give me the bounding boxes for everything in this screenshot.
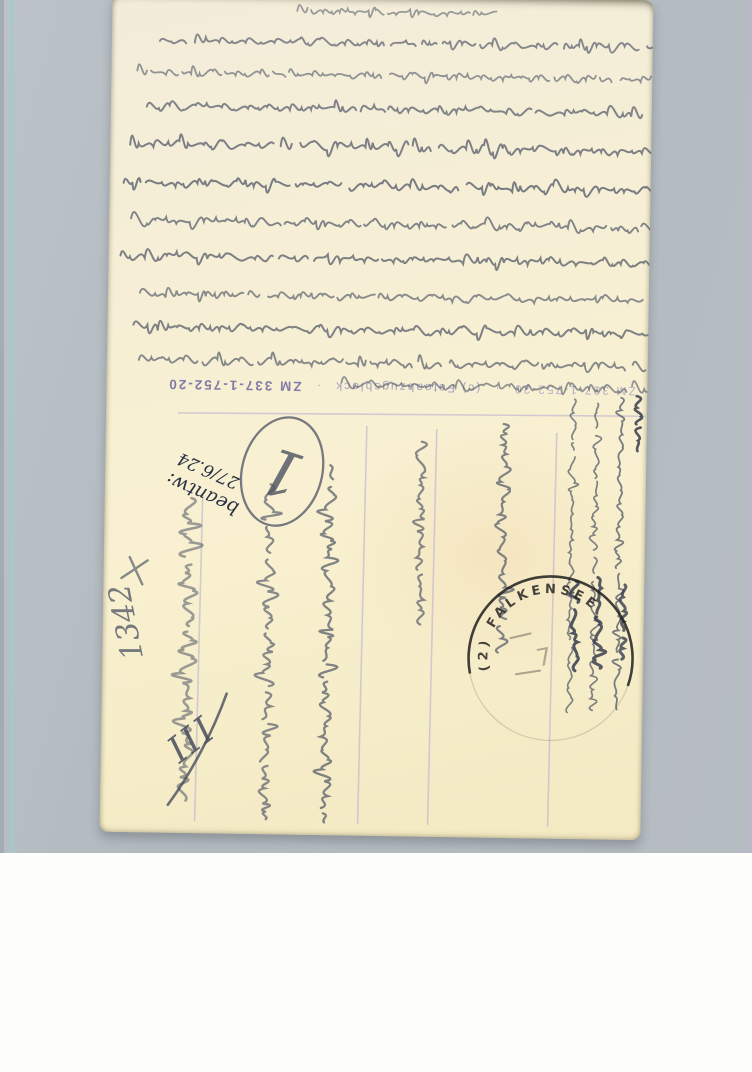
- scan-white-strip: [0, 853, 752, 1072]
- postcard: ZM 337-1-752-20 · (c) Fotoabzugsblock · …: [99, 0, 653, 840]
- svg-text:III: III: [159, 709, 223, 772]
- corner-cross-mark: [121, 557, 147, 584]
- annotation-beantwortet: beantw: 27/6.24: [163, 447, 252, 519]
- circled-number: 1: [229, 408, 335, 536]
- scanner-background: ZM 337-1-752-20 · (c) Fotoabzugsblock · …: [0, 0, 752, 853]
- scanner-edge-strip: [0, 0, 4, 853]
- corner-number: 1342: [101, 557, 153, 664]
- svg-text:1: 1: [251, 430, 312, 513]
- scanner-edge-line-teal: [11, 0, 13, 853]
- roman-numeral-tally: III: [158, 693, 226, 806]
- postcard-ink-layer: ZM 337-1-752-20 · (c) Fotoabzugsblock · …: [99, 0, 653, 840]
- svg-text:1342: 1342: [102, 581, 151, 663]
- message-scribbles: [118, 2, 653, 396]
- scanned-postcard-page: ZM 337-1-752-20 · (c) Fotoabzugsblock · …: [0, 0, 752, 1072]
- postmark-outer-ring-faded: [469, 673, 628, 741]
- address-scribbles: [170, 389, 643, 832]
- scanner-edge-line-purple: [746, 0, 748, 853]
